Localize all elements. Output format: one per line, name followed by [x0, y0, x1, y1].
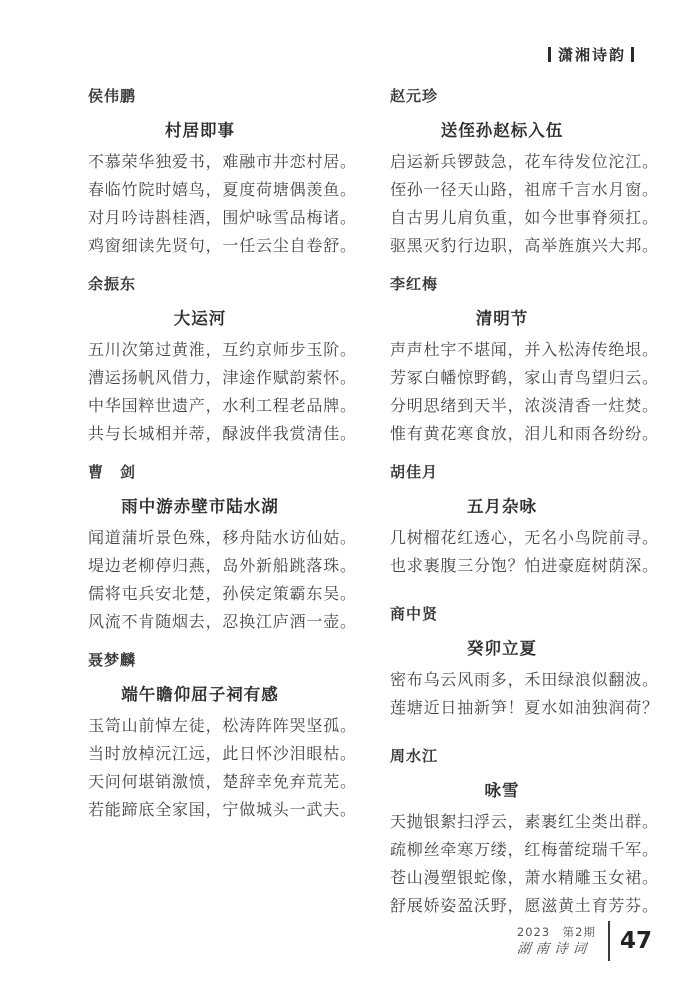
header-bar-left — [548, 47, 551, 62]
page-number: 47 — [620, 928, 652, 954]
poem-verses: 不慕荣华独爱书，难融市井恋村居。春临竹院时嬉鸟，夏度荷塘偶羡鱼。对月吟诗斟桂酒，… — [88, 148, 374, 260]
poem: 侯伟鹏 村居即事 不慕荣华独爱书，难融市井恋村居。春临竹院时嬉鸟，夏度荷塘偶羡鱼… — [88, 86, 374, 260]
verse-line: 当时放棹沅江远，此日怀沙泪眼枯。 — [88, 740, 374, 768]
verse-line: 不慕荣华独爱书，难融市井恋村居。 — [88, 148, 374, 176]
poem-column-right: 赵元珍 送侄孙赵标入伍 启运新兵锣鼓急，花车待发位沱江。侄孙一径天山路，祖席千言… — [390, 86, 676, 934]
poem-title: 咏雪 — [390, 780, 614, 802]
verse-line: 也求裹腹三分饱？怕进豪庭树荫深。 — [390, 552, 676, 580]
poem-author: 曹 剑 — [88, 462, 374, 482]
verse-line: 舒展娇姿盈沃野，愿滋黄土育芳芬。 — [390, 892, 676, 920]
poem-title: 雨中游赤壁市陆水湖 — [88, 496, 312, 518]
footer-issue-block: 2023 第2期 湖南诗词 — [517, 925, 596, 958]
poem-author: 余振东 — [88, 274, 374, 294]
verse-line: 自古男儿肩负重，如今世事脊须扛。 — [390, 204, 676, 232]
poem-title: 清明节 — [390, 308, 614, 330]
poem-author: 李红梅 — [390, 274, 676, 294]
poem-verses: 闻道蒲圻景色殊，移舟陆水访仙姑。堤边老柳停归燕，岛外新船跳落珠。儒将屯兵安北楚，… — [88, 524, 374, 636]
verse-line: 五川次第过黄淮，互约京师步玉阶。 — [88, 336, 374, 364]
footer-journal-name: 湖南诗词 — [516, 940, 597, 958]
poem-column-left: 侯伟鹏 村居即事 不慕荣华独爱书，难融市井恋村居。春临竹院时嬉鸟，夏度荷塘偶羡鱼… — [88, 86, 374, 838]
footer-divider — [608, 921, 610, 961]
verse-line: 堤边老柳停归燕，岛外新船跳落珠。 — [88, 552, 374, 580]
verse-line: 密布乌云风雨多，禾田绿浪似翻波。 — [390, 666, 676, 694]
verse-line: 侄孙一径天山路，祖席千言水月窗。 — [390, 176, 676, 204]
verse-line: 共与长城相并蒂，醁波伴我赏清佳。 — [88, 420, 374, 448]
verse-line: 芳冢白幡惊野鹤，家山青鸟望归云。 — [390, 364, 676, 392]
poem-author: 侯伟鹏 — [88, 86, 374, 106]
poem-verses: 五川次第过黄淮，互约京师步玉阶。漕运扬帆风借力，津途作赋韵萦怀。中华国粹世遗产，… — [88, 336, 374, 448]
verse-line: 若能蹄底全家国，宁做城头一武夫。 — [88, 796, 374, 824]
running-head: 潇湘诗韵 — [548, 44, 634, 65]
poem-author: 胡佳月 — [390, 462, 676, 482]
poem: 聂梦麟 端午瞻仰屈子祠有感 玉笥山前悼左徒，松涛阵阵哭坚孤。当时放棹沅江远，此日… — [88, 650, 374, 824]
verse-line: 风流不肯随烟去，忍换江庐酒一壶。 — [88, 608, 374, 636]
verse-line: 驱黑灭豹行边职，高举旌旗兴大邦。 — [390, 232, 676, 260]
verse-line: 分明思绪到天半，浓淡清香一炷焚。 — [390, 392, 676, 420]
header-bar-right — [631, 47, 634, 62]
poem: 胡佳月 五月杂咏 几树榴花红透心，无名小鸟院前寻。也求裹腹三分饱？怕进豪庭树荫深… — [390, 462, 676, 580]
poem-verses: 玉笥山前悼左徒，松涛阵阵哭坚孤。当时放棹沅江远，此日怀沙泪眼枯。天问何堪销激愤，… — [88, 712, 374, 824]
poem-title: 大运河 — [88, 308, 312, 330]
poem: 周水江 咏雪 天抛银絮扫浮云，素裹红尘类出群。疏柳丝牵寒万缕，红梅蕾绽瑞千军。苍… — [390, 746, 676, 920]
poem: 曹 剑 雨中游赤壁市陆水湖 闻道蒲圻景色殊，移舟陆水访仙姑。堤边老柳停归燕，岛外… — [88, 462, 374, 636]
journal-page: 潇湘诗韵 侯伟鹏 村居即事 不慕荣华独爱书，难融市井恋村居。春临竹院时嬉鸟，夏度… — [0, 0, 700, 989]
poem-verses: 密布乌云风雨多，禾田绿浪似翻波。莲塘近日抽新笋！夏水如油独润荷？ — [390, 666, 676, 722]
poem-verses: 启运新兵锣鼓急，花车待发位沱江。侄孙一径天山路，祖席千言水月窗。自古男儿肩负重，… — [390, 148, 676, 260]
poem-title: 端午瞻仰屈子祠有感 — [88, 684, 312, 706]
verse-line: 闻道蒲圻景色殊，移舟陆水访仙姑。 — [88, 524, 374, 552]
poem-title: 送侄孙赵标入伍 — [390, 120, 614, 142]
poem-verses: 几树榴花红透心，无名小鸟院前寻。也求裹腹三分饱？怕进豪庭树荫深。 — [390, 524, 676, 580]
verse-line: 漕运扬帆风借力，津途作赋韵萦怀。 — [88, 364, 374, 392]
verse-line: 儒将屯兵安北楚，孙侯定策霸东吴。 — [88, 580, 374, 608]
poem-verses: 声声杜宇不堪闻，并入松涛传绝垠。芳冢白幡惊野鹤，家山青鸟望归云。分明思绪到天半，… — [390, 336, 676, 448]
verse-line: 疏柳丝牵寒万缕，红梅蕾绽瑞千军。 — [390, 836, 676, 864]
page-footer: 2023 第2期 湖南诗词 47 — [517, 921, 652, 961]
poem: 李红梅 清明节 声声杜宇不堪闻，并入松涛传绝垠。芳冢白幡惊野鹤，家山青鸟望归云。… — [390, 274, 676, 448]
poem: 赵元珍 送侄孙赵标入伍 启运新兵锣鼓急，花车待发位沱江。侄孙一径天山路，祖席千言… — [390, 86, 676, 260]
poem-author: 聂梦麟 — [88, 650, 374, 670]
footer-issue: 2023 第2期 — [517, 925, 596, 940]
verse-line: 启运新兵锣鼓急，花车待发位沱江。 — [390, 148, 676, 176]
verse-line: 声声杜宇不堪闻，并入松涛传绝垠。 — [390, 336, 676, 364]
poem-title: 村居即事 — [88, 120, 312, 142]
poem: 余振东 大运河 五川次第过黄淮，互约京师步玉阶。漕运扬帆风借力，津途作赋韵萦怀。… — [88, 274, 374, 448]
verse-line: 鸡窗细读先贤句，一任云尘自卷舒。 — [88, 232, 374, 260]
verse-line: 中华国粹世遗产，水利工程老品牌。 — [88, 392, 374, 420]
verse-line: 对月吟诗斟桂酒，围炉咏雪品梅诸。 — [88, 204, 374, 232]
poem: 商中贤 癸卯立夏 密布乌云风雨多，禾田绿浪似翻波。莲塘近日抽新笋！夏水如油独润荷… — [390, 604, 676, 722]
poem-author: 周水江 — [390, 746, 676, 766]
running-head-label: 潇湘诗韵 — [558, 44, 626, 65]
poem-verses: 天抛银絮扫浮云，素裹红尘类出群。疏柳丝牵寒万缕，红梅蕾绽瑞千军。苍山漫塑银蛇像，… — [390, 808, 676, 920]
verse-line: 苍山漫塑银蛇像，萧水精雕玉女裙。 — [390, 864, 676, 892]
verse-line: 春临竹院时嬉鸟，夏度荷塘偶羡鱼。 — [88, 176, 374, 204]
verse-line: 几树榴花红透心，无名小鸟院前寻。 — [390, 524, 676, 552]
poem-author: 赵元珍 — [390, 86, 676, 106]
verse-line: 惟有黄花寒食放，泪儿和雨各纷纷。 — [390, 420, 676, 448]
poem-author: 商中贤 — [390, 604, 676, 624]
poem-title: 五月杂咏 — [390, 496, 614, 518]
verse-line: 天抛银絮扫浮云，素裹红尘类出群。 — [390, 808, 676, 836]
verse-line: 玉笥山前悼左徒，松涛阵阵哭坚孤。 — [88, 712, 374, 740]
verse-line: 莲塘近日抽新笋！夏水如油独润荷？ — [390, 694, 676, 722]
verse-line: 天问何堪销激愤，楚辞幸免弃荒芜。 — [88, 768, 374, 796]
poem-title: 癸卯立夏 — [390, 638, 614, 660]
